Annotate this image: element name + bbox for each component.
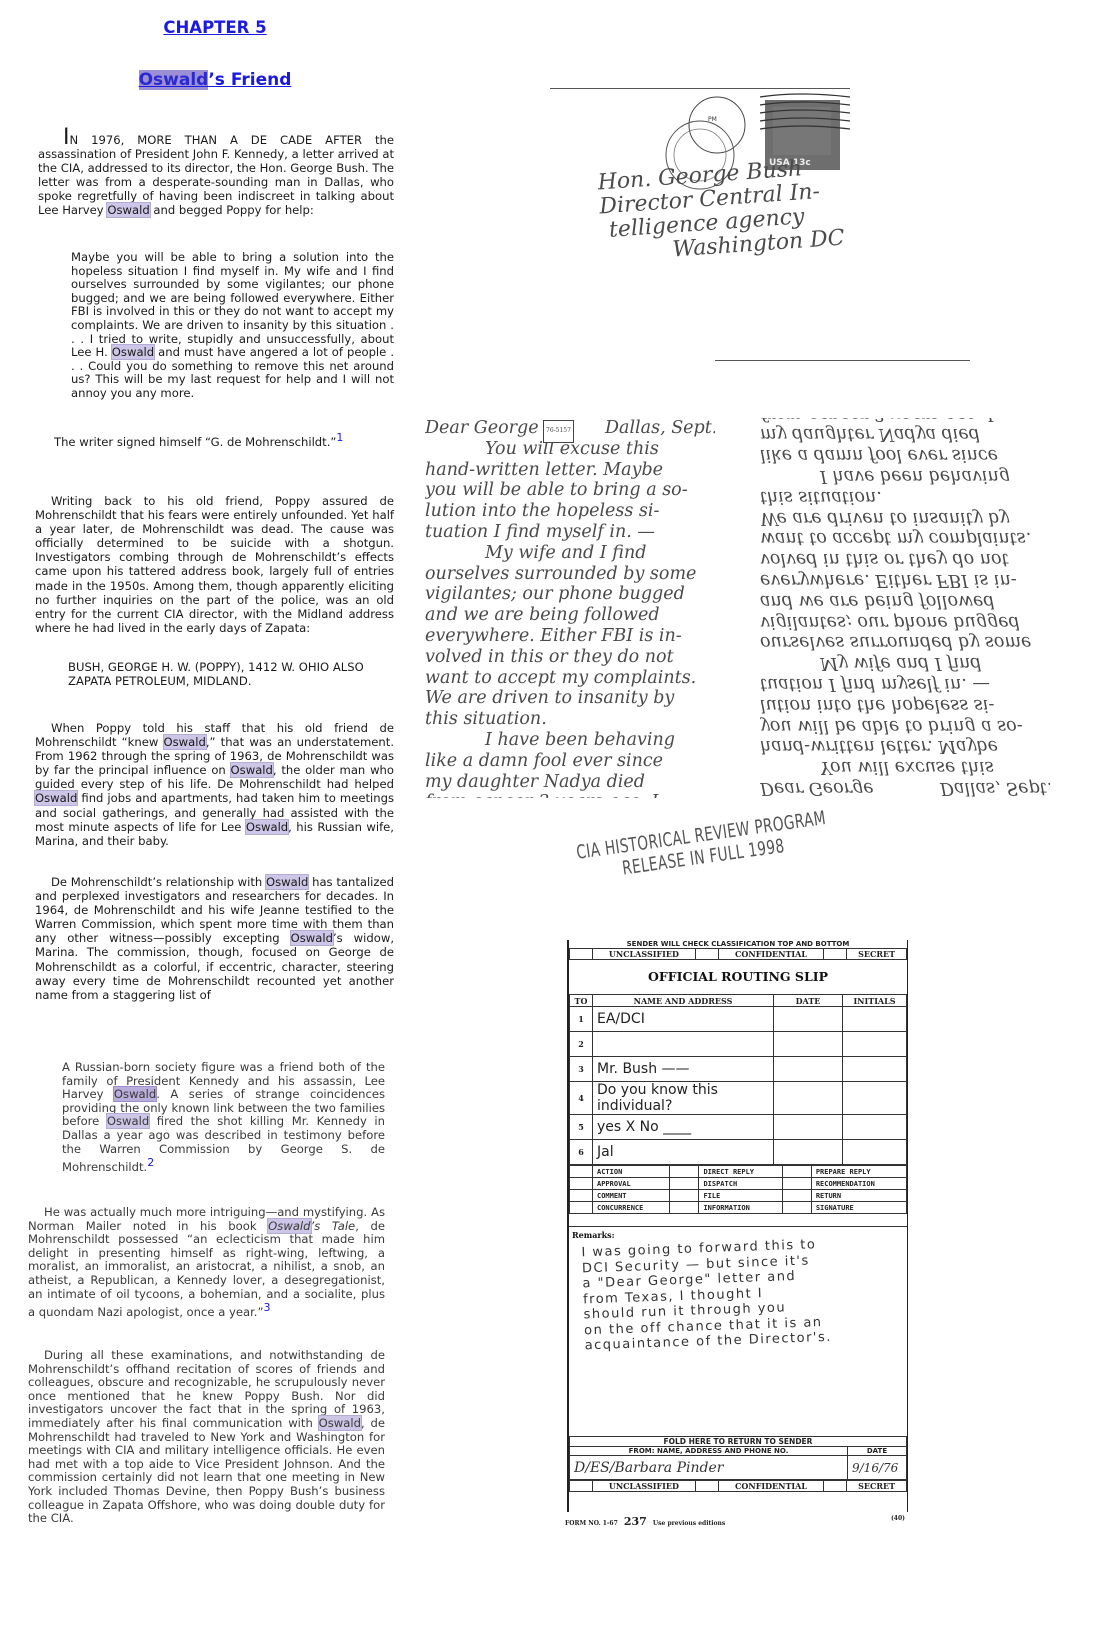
col-header: TO — [570, 995, 593, 1007]
cell — [774, 1115, 843, 1140]
search-highlight: Oswald — [112, 345, 154, 359]
col-header: DATE — [774, 995, 843, 1007]
cell — [843, 1082, 907, 1115]
form-note: Use previous editions — [653, 1520, 725, 1527]
cell: Jal — [593, 1140, 774, 1165]
slip-title: OFFICIAL ROUTING SLIP — [569, 960, 907, 994]
cell — [774, 1032, 843, 1057]
text-run: and begged Poppy for help: — [150, 203, 314, 217]
footnote-link-1[interactable]: 1 — [336, 431, 343, 444]
letter-line: volved in this or they do not — [760, 548, 1050, 569]
letter-body: Dear GeorgeYou will excuse thishand-writ… — [425, 418, 715, 798]
handwritten-letter: 76-5157 Dallas, Sept. 5 Dear GeorgeYou w… — [425, 418, 715, 798]
letter-line: this situation. — [425, 709, 715, 730]
fold-note: FOLD HERE TO RETURN TO SENDER — [570, 1437, 907, 1447]
search-highlight: Oswald — [268, 1219, 310, 1233]
action-row: APPROVALDISPATCHRECOMMENDATION — [570, 1178, 907, 1190]
letter-line: You will excuse this — [760, 756, 1050, 777]
letter-line: My wife and I find — [760, 652, 1050, 673]
class-confidential: CONFIDENTIAL — [718, 1481, 823, 1492]
cell — [774, 1140, 843, 1165]
letter-line: ourselves surrounded by some — [425, 564, 715, 585]
cell — [843, 1007, 907, 1032]
letter-line: everywhere. Either FBI is in- — [425, 626, 715, 647]
block-quote-letter: Maybe you will be able to bring a soluti… — [71, 251, 394, 401]
date-value: 9/16/76 — [848, 1456, 907, 1480]
footnote-link-3[interactable]: 3 — [263, 1301, 270, 1314]
letter-line: you will be able to bring a so- — [425, 480, 715, 501]
routing-slip: SENDER WILL CHECK CLASSIFICATION TOP AND… — [567, 940, 908, 1512]
letter-date: Dallas, Sept. 5 — [940, 777, 1050, 798]
letter-line: and we are being followed — [760, 590, 1050, 611]
routing-row: 3Mr. Bush —— — [570, 1057, 907, 1082]
routing-table: TO NAME AND ADDRESS DATE INITIALS 1EA/DC… — [569, 994, 907, 1165]
action-option: DISPATCH — [699, 1178, 782, 1190]
cell — [774, 1007, 843, 1032]
letter-line: my daughter Nadya died — [425, 772, 715, 793]
letter-line: want to accept my complaints. — [425, 668, 715, 689]
search-highlight: Oswald — [107, 203, 149, 217]
letter-line: I have been behaving — [760, 465, 1050, 486]
paragraph-examinations: During all these examinations, and notwi… — [28, 1349, 385, 1526]
class-secret: SECRET — [847, 1481, 907, 1492]
action-option: CONCURRENCE — [593, 1202, 670, 1214]
letter-line: We are driven to insanity by — [425, 688, 715, 709]
paragraph-warren-commission: De Mohrenschildt’s relationship with Osw… — [35, 875, 394, 1002]
letter-line: from cancer 3 years ago. I — [760, 418, 1050, 424]
search-highlight: Oswald — [139, 70, 209, 90]
paragraph-address-book: Writing back to his old friend, Poppy as… — [35, 494, 394, 635]
letter-line: like a damn fool ever since — [425, 751, 715, 772]
chapter-title-rest: ’s Friend — [208, 70, 291, 90]
book-title: ’s Tale — [311, 1219, 356, 1233]
cell — [843, 1115, 907, 1140]
cell: Do you know this individual? — [593, 1082, 774, 1115]
letter-line: everywhere. Either FBI is in- — [760, 569, 1050, 590]
routing-row: 4Do you know this individual? — [570, 1082, 907, 1115]
from-label: FROM: NAME, ADDRESS AND PHONE NO. — [570, 1447, 848, 1456]
letter-line: lution into the hopeless si- — [760, 694, 1050, 715]
cell: 2 — [570, 1032, 593, 1057]
form-code: 237 — [620, 1515, 651, 1528]
form-suffix: (40) — [891, 1515, 905, 1522]
paragraph-opening: IN 1976, MORE THAN A DE CADE AFTER the a… — [38, 131, 394, 218]
letter-line: Dear George — [425, 418, 535, 439]
letter-line: My wife and I find — [425, 543, 715, 564]
text-run: The writer signed himself “G. de Mohrens… — [54, 435, 336, 449]
action-table: ACTIONDIRECT REPLYPREPARE REPLYAPPROVALD… — [569, 1165, 907, 1214]
cell — [593, 1032, 774, 1057]
letter-line: vigilantes; our phone bugged — [760, 611, 1050, 632]
action-option: RECOMMENDATION — [811, 1178, 906, 1190]
letter-date: Dallas, Sept. 5 — [605, 418, 715, 439]
letter-line: want to accept my complaints. — [760, 528, 1050, 549]
letter-line: this situation. — [760, 486, 1050, 507]
search-highlight: Oswald — [114, 1087, 156, 1101]
class-unclassified: UNCLASSIFIED — [593, 949, 696, 960]
action-option: SIGNATURE — [811, 1202, 906, 1214]
action-option: INFORMATION — [699, 1202, 782, 1214]
cell: 6 — [570, 1140, 593, 1165]
text-run: , de Mohrenschildt possessed “an eclecti… — [28, 1219, 385, 1320]
col-header: INITIALS — [843, 995, 907, 1007]
search-highlight: Oswald — [291, 931, 333, 945]
envelope-edge — [715, 360, 970, 361]
handwritten-letter-mirrored: Dallas, Sept. 5 Dear GeorgeYou will excu… — [760, 418, 1050, 798]
cell: 3 — [570, 1057, 593, 1082]
action-row: COMMENTFILERETURN — [570, 1190, 907, 1202]
form-number: FORM NO. 1-67 — [565, 1520, 618, 1527]
cell: 5 — [570, 1115, 593, 1140]
letter-line: from cancer 3 years ago. I — [425, 792, 715, 798]
footnote-link-2[interactable]: 2 — [147, 1156, 154, 1169]
routing-row: 5yes X No ____ — [570, 1115, 907, 1140]
col-header: NAME AND ADDRESS — [593, 995, 774, 1007]
search-highlight: Oswald — [266, 875, 308, 889]
action-option: APPROVAL — [593, 1178, 670, 1190]
from-value: D/ES/Barbara Pinder — [570, 1456, 848, 1480]
letter-line: lution into the hopeless si- — [425, 501, 715, 522]
letter-body: Dear GeorgeYou will excuse thishand-writ… — [760, 418, 1050, 798]
search-highlight: Oswald — [319, 1416, 361, 1430]
letter-line: you will be able to bring a so- — [760, 715, 1050, 736]
letter-line: We are driven to insanity by — [760, 507, 1050, 528]
declassification-stamp: CIA HISTORICAL REVIEW PROGRAM RELEASE IN… — [575, 807, 830, 886]
text-run: , de Mohrenschildt had traveled to New Y… — [28, 1416, 385, 1525]
remarks-text: I was going to forward this toDCI Securi… — [567, 1234, 909, 1354]
text-run: De Mohrenschildt’s relationship with — [51, 875, 266, 889]
search-highlight: Oswald — [246, 820, 288, 834]
cell: EA/DCI — [593, 1007, 774, 1032]
letter-line: and we are being followed — [425, 605, 715, 626]
date-label: DATE — [848, 1447, 907, 1456]
search-highlight: Oswald — [164, 735, 206, 749]
cell: Mr. Bush —— — [593, 1057, 774, 1082]
action-row: ACTIONDIRECT REPLYPREPARE REPLY — [570, 1166, 907, 1178]
cell — [843, 1057, 907, 1082]
cell — [774, 1082, 843, 1115]
class-unclassified: UNCLASSIFIED — [593, 1481, 696, 1492]
letter-line: tuation I find myself in. — — [425, 522, 715, 543]
form-footer: FORM NO. 1-67 237 Use previous editions … — [565, 1515, 905, 1528]
cell: 4 — [570, 1082, 593, 1115]
text-run: Maybe you will be able to bring a soluti… — [71, 250, 394, 359]
routing-row: 1EA/DCI — [570, 1007, 907, 1032]
cell — [843, 1140, 907, 1165]
action-option: RETURN — [811, 1190, 906, 1202]
letter-line: I have been behaving — [425, 730, 715, 751]
small-caps-lead: N 1976, MORE THAN A DE CADE AFTER — [70, 133, 363, 147]
search-highlight: Oswald — [107, 1114, 149, 1128]
search-highlight: Oswald — [35, 791, 77, 805]
registry-tag: 76-5157 — [543, 420, 574, 443]
chapter-heading[interactable]: CHAPTER 5 — [0, 18, 430, 37]
letter-line: my daughter Nadya died — [760, 424, 1050, 445]
paragraph-knew-oswald: When Poppy told his staff that his old f… — [35, 721, 394, 848]
cell: 1 — [570, 1007, 593, 1032]
cell: yes X No ____ — [593, 1115, 774, 1140]
classification-note: SENDER WILL CHECK CLASSIFICATION TOP AND… — [570, 940, 907, 949]
action-option: PREPARE REPLY — [811, 1166, 906, 1178]
address-book-entry: BUSH, GEORGE H. W. (POPPY), 1412 W. OHIO… — [68, 661, 391, 688]
paragraph-signature: The writer signed himself “G. de Mohrens… — [54, 431, 394, 449]
svg-text:PM: PM — [708, 116, 717, 123]
class-confidential: CONFIDENTIAL — [718, 949, 823, 960]
routing-row: 2 — [570, 1032, 907, 1057]
letter-line: like a damn fool ever since — [760, 444, 1050, 465]
letter-line: Dear George — [760, 777, 870, 798]
paragraph-mailer: He was actually much more intriguing—and… — [28, 1206, 385, 1320]
class-secret: SECRET — [847, 949, 907, 960]
action-option: DIRECT REPLY — [699, 1166, 782, 1178]
search-highlight: Oswald — [231, 763, 273, 777]
action-option: ACTION — [593, 1166, 670, 1178]
chapter-title[interactable]: Oswald’s Friend — [0, 70, 430, 90]
action-option: COMMENT — [593, 1190, 670, 1202]
cell — [843, 1032, 907, 1057]
letter-line: tuation I find myself in. — — [760, 673, 1050, 694]
cell — [774, 1057, 843, 1082]
routing-row: 6Jal — [570, 1140, 907, 1165]
action-row: CONCURRENCEINFORMATIONSIGNATURE — [570, 1202, 907, 1214]
letter-line: hand-written letter. Maybe — [760, 736, 1050, 757]
action-option: FILE — [699, 1190, 782, 1202]
letter-line: hand-written letter. Maybe — [425, 460, 715, 481]
envelope-address: Hon. George Bush Director Central In- te… — [597, 155, 845, 268]
letter-line: ourselves surrounded by some — [760, 632, 1050, 653]
letter-line: vigilantes; our phone bugged — [425, 584, 715, 605]
block-quote-newspaper: A Russian-born society figure was a frie… — [62, 1061, 385, 1175]
envelope-image: PM USA 13c Hon. George Bush Director Cen… — [545, 85, 855, 265]
letter-line: volved in this or they do not — [425, 647, 715, 668]
